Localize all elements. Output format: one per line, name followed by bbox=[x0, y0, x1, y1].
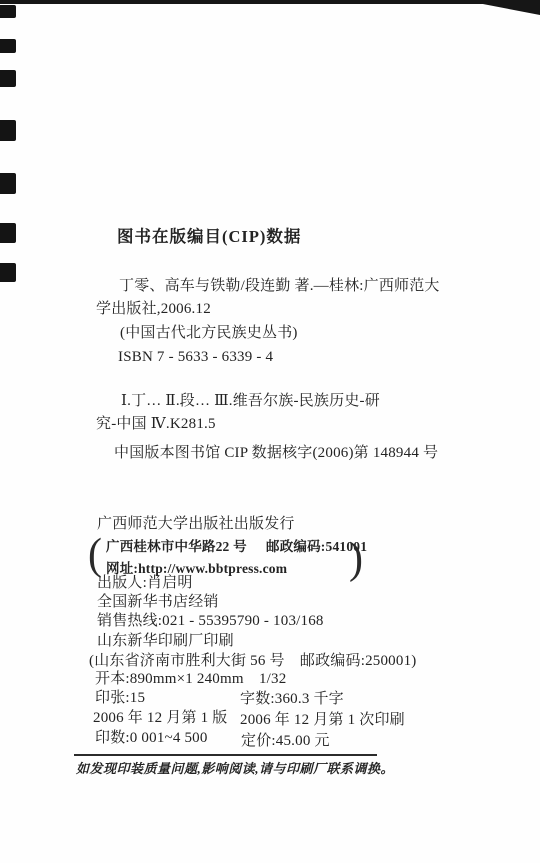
scan-mark-6 bbox=[0, 223, 16, 243]
print-run-value: 印数:0 001~4 500 bbox=[95, 729, 208, 747]
address-close-paren: ) bbox=[349, 538, 363, 580]
book-copyright-page: 图书在版编目(CIP)数据 丁零、高车与铁勒/段连勤 著.—桂林:广西师范大 学… bbox=[0, 0, 540, 863]
printer-line: 山东新华印刷厂印刷 bbox=[97, 632, 234, 650]
cip-record-number: 中国版本图书馆 CIP 数据核字(2006)第 148944 号 bbox=[114, 444, 438, 462]
cip-series-note: (中国古代北方民族史丛书) bbox=[120, 324, 298, 342]
scan-mark-7 bbox=[0, 263, 16, 282]
sheets-value: 印张:15 bbox=[95, 689, 145, 707]
cip-entry-line2: 学出版社,2006.12 bbox=[96, 300, 211, 318]
cip-class-line2: 究-中国 Ⅳ.K281.5 bbox=[96, 415, 216, 433]
publisher-line: 广西师范大学出版社出版发行 bbox=[97, 515, 295, 533]
cip-heading: 图书在版编目(CIP)数据 bbox=[117, 228, 301, 246]
word-count-value: 字数:360.3 千字 bbox=[240, 690, 344, 708]
scan-mark-2 bbox=[0, 39, 16, 53]
distribution-line: 全国新华书店经销 bbox=[97, 593, 219, 611]
cip-entry-line1: 丁零、高车与铁勒/段连勤 著.—桂林:广西师范大 bbox=[119, 277, 440, 295]
cip-isbn: ISBN 7 - 5633 - 6339 - 4 bbox=[118, 348, 273, 366]
publisher-person: 出版人:肖启明 bbox=[97, 574, 193, 592]
scan-corner-wedge bbox=[462, 0, 540, 15]
sales-hotline: 销售热线:021 - 55395790 - 103/168 bbox=[97, 612, 324, 630]
scan-mark-3 bbox=[0, 70, 16, 87]
scan-edge-top-bar bbox=[0, 0, 540, 4]
publisher-address: 广西桂林市中华路22 号 bbox=[106, 538, 247, 556]
printer-address: (山东省济南市胜利大街 56 号 邮政编码:250001) bbox=[89, 652, 416, 670]
footer-divider bbox=[74, 754, 377, 756]
format-line: 开本:890mm×1 240mm 1/32 bbox=[95, 670, 286, 688]
address-open-paren: ( bbox=[88, 534, 102, 576]
cip-class-line1: Ⅰ.丁… Ⅱ.段… Ⅲ.维吾尔族-民族历史-研 bbox=[121, 392, 380, 410]
price-value: 定价:45.00 元 bbox=[241, 732, 330, 750]
printing-line: 2006 年 12 月第 1 次印刷 bbox=[240, 711, 405, 729]
scan-mark-1 bbox=[0, 5, 16, 18]
scan-mark-4 bbox=[0, 120, 16, 141]
quality-note: 如发现印装质量问题,影响阅读,请与印刷厂联系调换。 bbox=[76, 760, 394, 778]
scan-mark-5 bbox=[0, 173, 16, 194]
edition-line: 2006 年 12 月第 1 版 bbox=[93, 709, 227, 727]
